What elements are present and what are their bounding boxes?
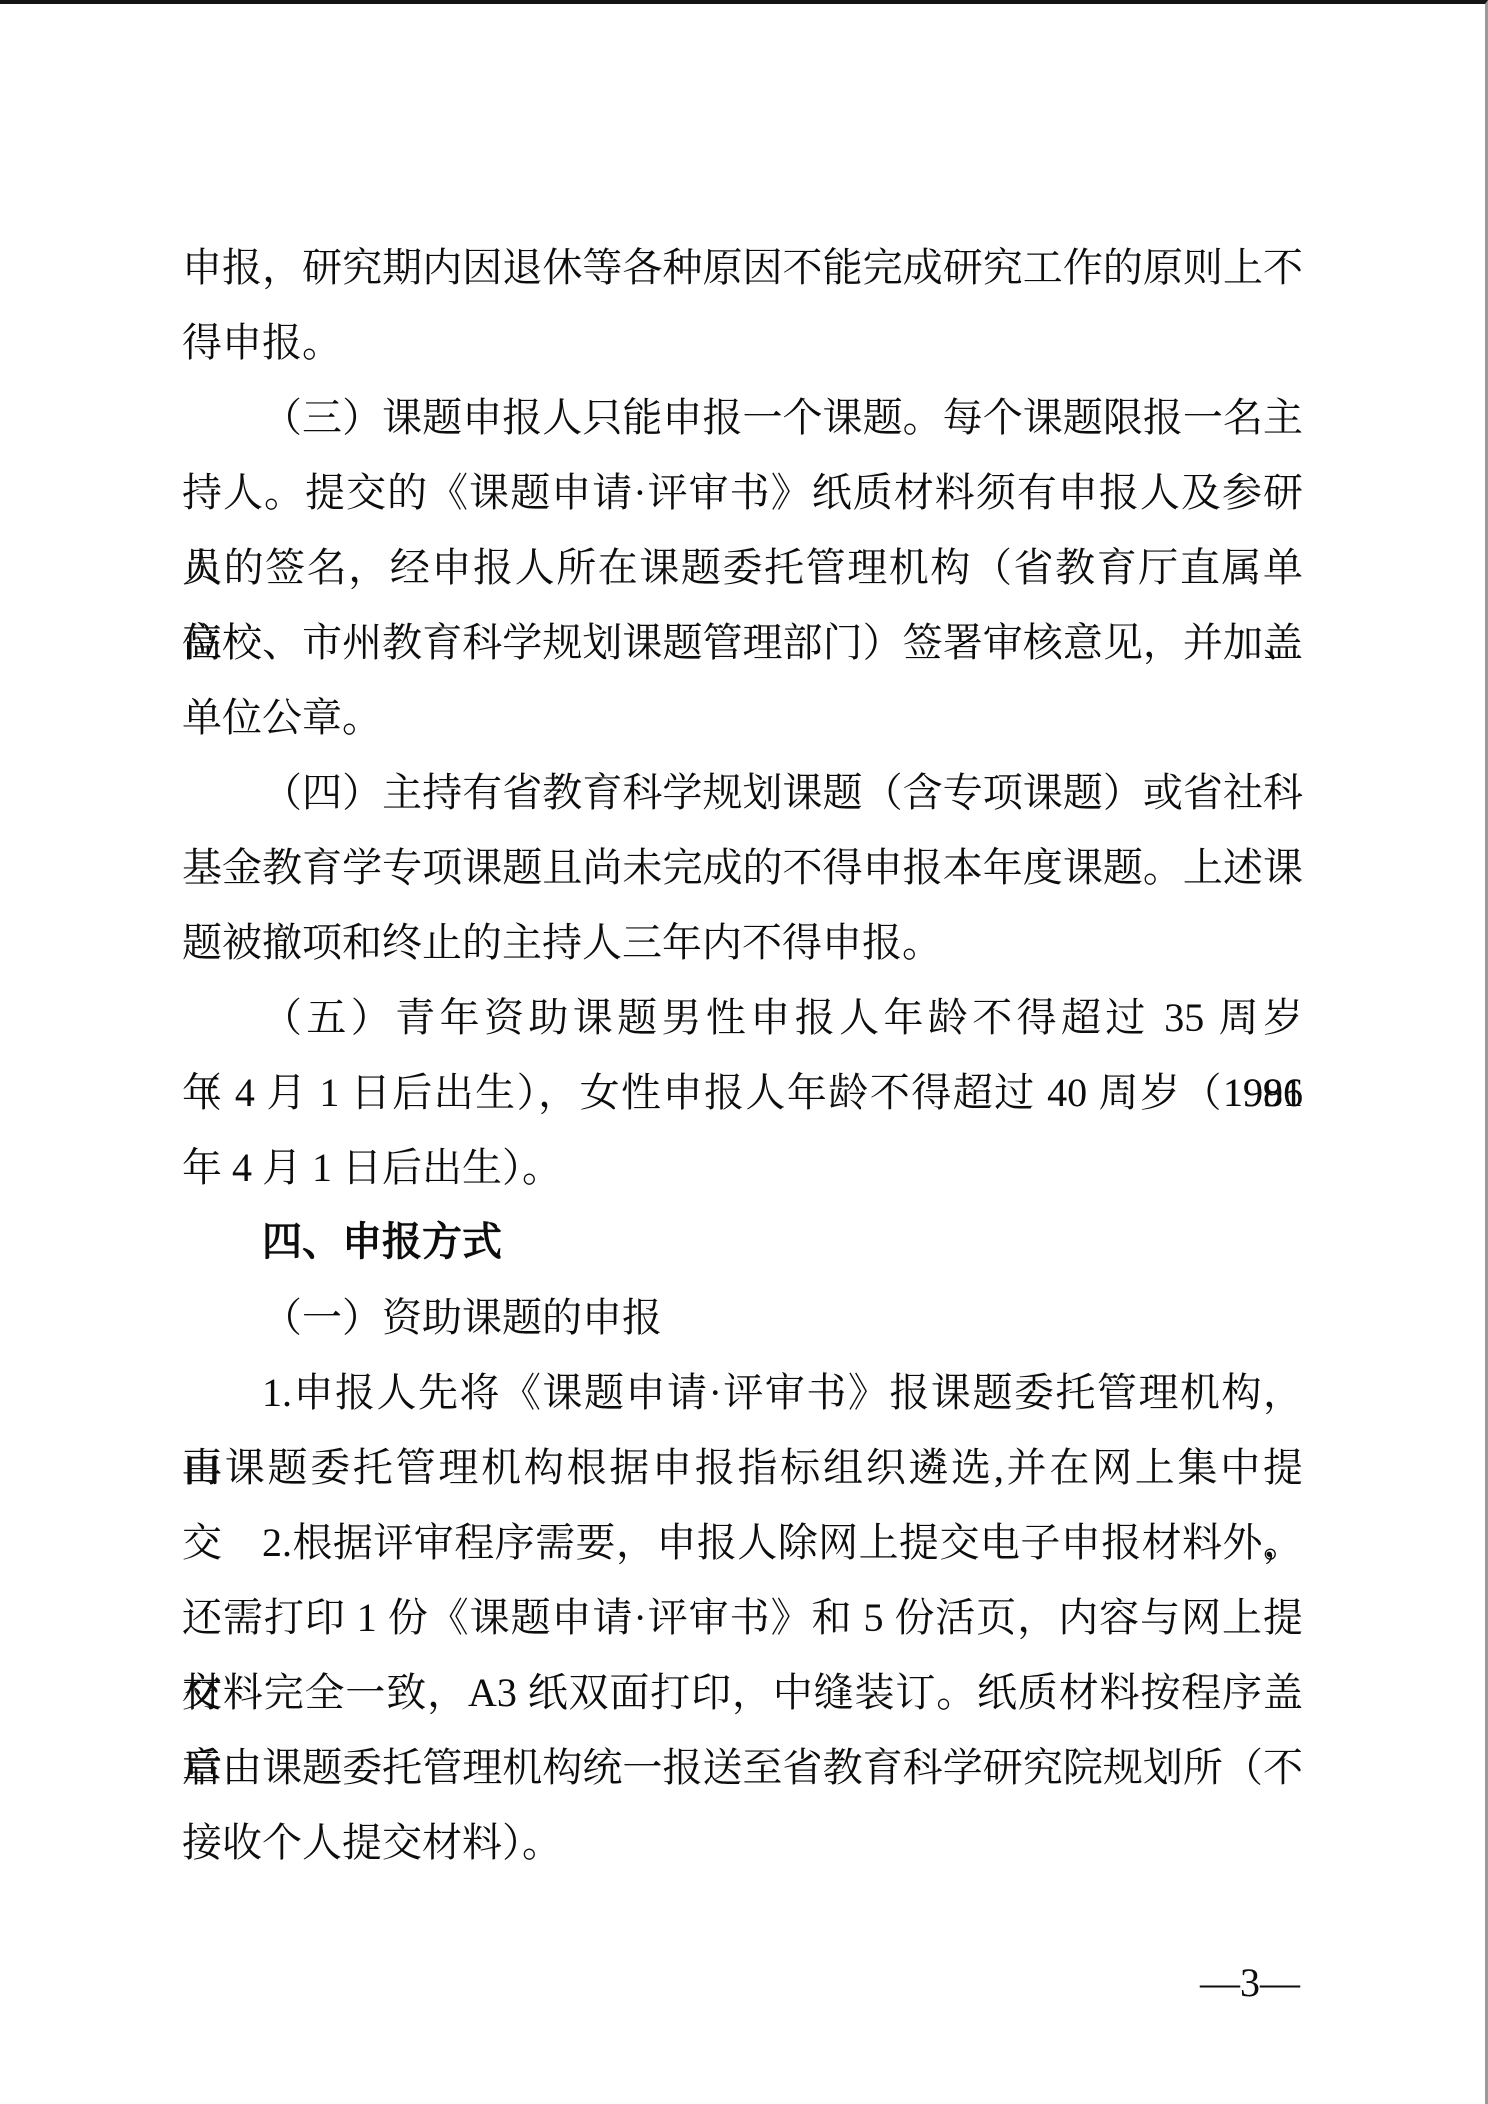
text-line: （五）青年资助课题男性申报人年龄不得超过 35 周岁（1991: [182, 980, 1303, 1055]
text-line: 员的签名，经申报人所在课题委托管理机构（省教育厅直属单位、: [182, 530, 1303, 605]
text-line: 高校、市州教育科学规划课题管理部门）签署审核意见，并加盖: [182, 605, 1303, 680]
text-line: 还需打印 1 份《课题申请·评审书》和 5 份活页，内容与网上提交: [182, 1580, 1303, 1655]
text-line: 题被撤项和终止的主持人三年内不得申报。: [182, 905, 1303, 980]
text-line: （一）资助课题的申报: [182, 1280, 1303, 1355]
text-line: 单位公章。: [182, 680, 1303, 755]
text-line: 年 4 月 1 日后出生），女性申报人年龄不得超过 40 周岁（1986: [182, 1055, 1303, 1130]
text-line: 基金教育学专项课题且尚未完成的不得申报本年度课题。上述课: [182, 830, 1303, 905]
section-heading: 四、申报方式: [182, 1205, 1303, 1280]
text-line: 接收个人提交材料）。: [182, 1805, 1303, 1880]
text-line: 由课题委托管理机构根据申报指标组织遴选,并在网上集中提交。: [182, 1430, 1303, 1505]
text-line: 持人。提交的《课题申请·评审书》纸质材料须有申报人及参研人: [182, 455, 1303, 530]
text-line: 2.根据评审程序需要，申报人除网上提交电子申报材料外，: [182, 1505, 1303, 1580]
document-body: 申报，研究期内因退休等各种原因不能完成研究工作的原则上不得申报。（三）课题申报人…: [182, 230, 1303, 1880]
text-line: 年 4 月 1 日后出生）。: [182, 1130, 1303, 1205]
page-number: —3—: [1200, 1945, 1300, 2020]
text-line: 得申报。: [182, 305, 1303, 380]
document-page: 申报，研究期内因退休等各种原因不能完成研究工作的原则上不得申报。（三）课题申报人…: [0, 0, 1488, 2104]
text-line: 后由课题委托管理机构统一报送至省教育科学研究院规划所（不: [182, 1730, 1303, 1805]
text-line: 1.申报人先将《课题申请·评审书》报课题委托管理机构，再: [182, 1355, 1303, 1430]
text-line: （三）课题申报人只能申报一个课题。每个课题限报一名主: [182, 380, 1303, 455]
text-line: （四）主持有省教育科学规划课题（含专项课题）或省社科: [182, 755, 1303, 830]
text-line: 材料完全一致，A3 纸双面打印，中缝装订。纸质材料按程序盖章: [182, 1655, 1303, 1730]
text-line: 申报，研究期内因退休等各种原因不能完成研究工作的原则上不: [182, 230, 1303, 305]
